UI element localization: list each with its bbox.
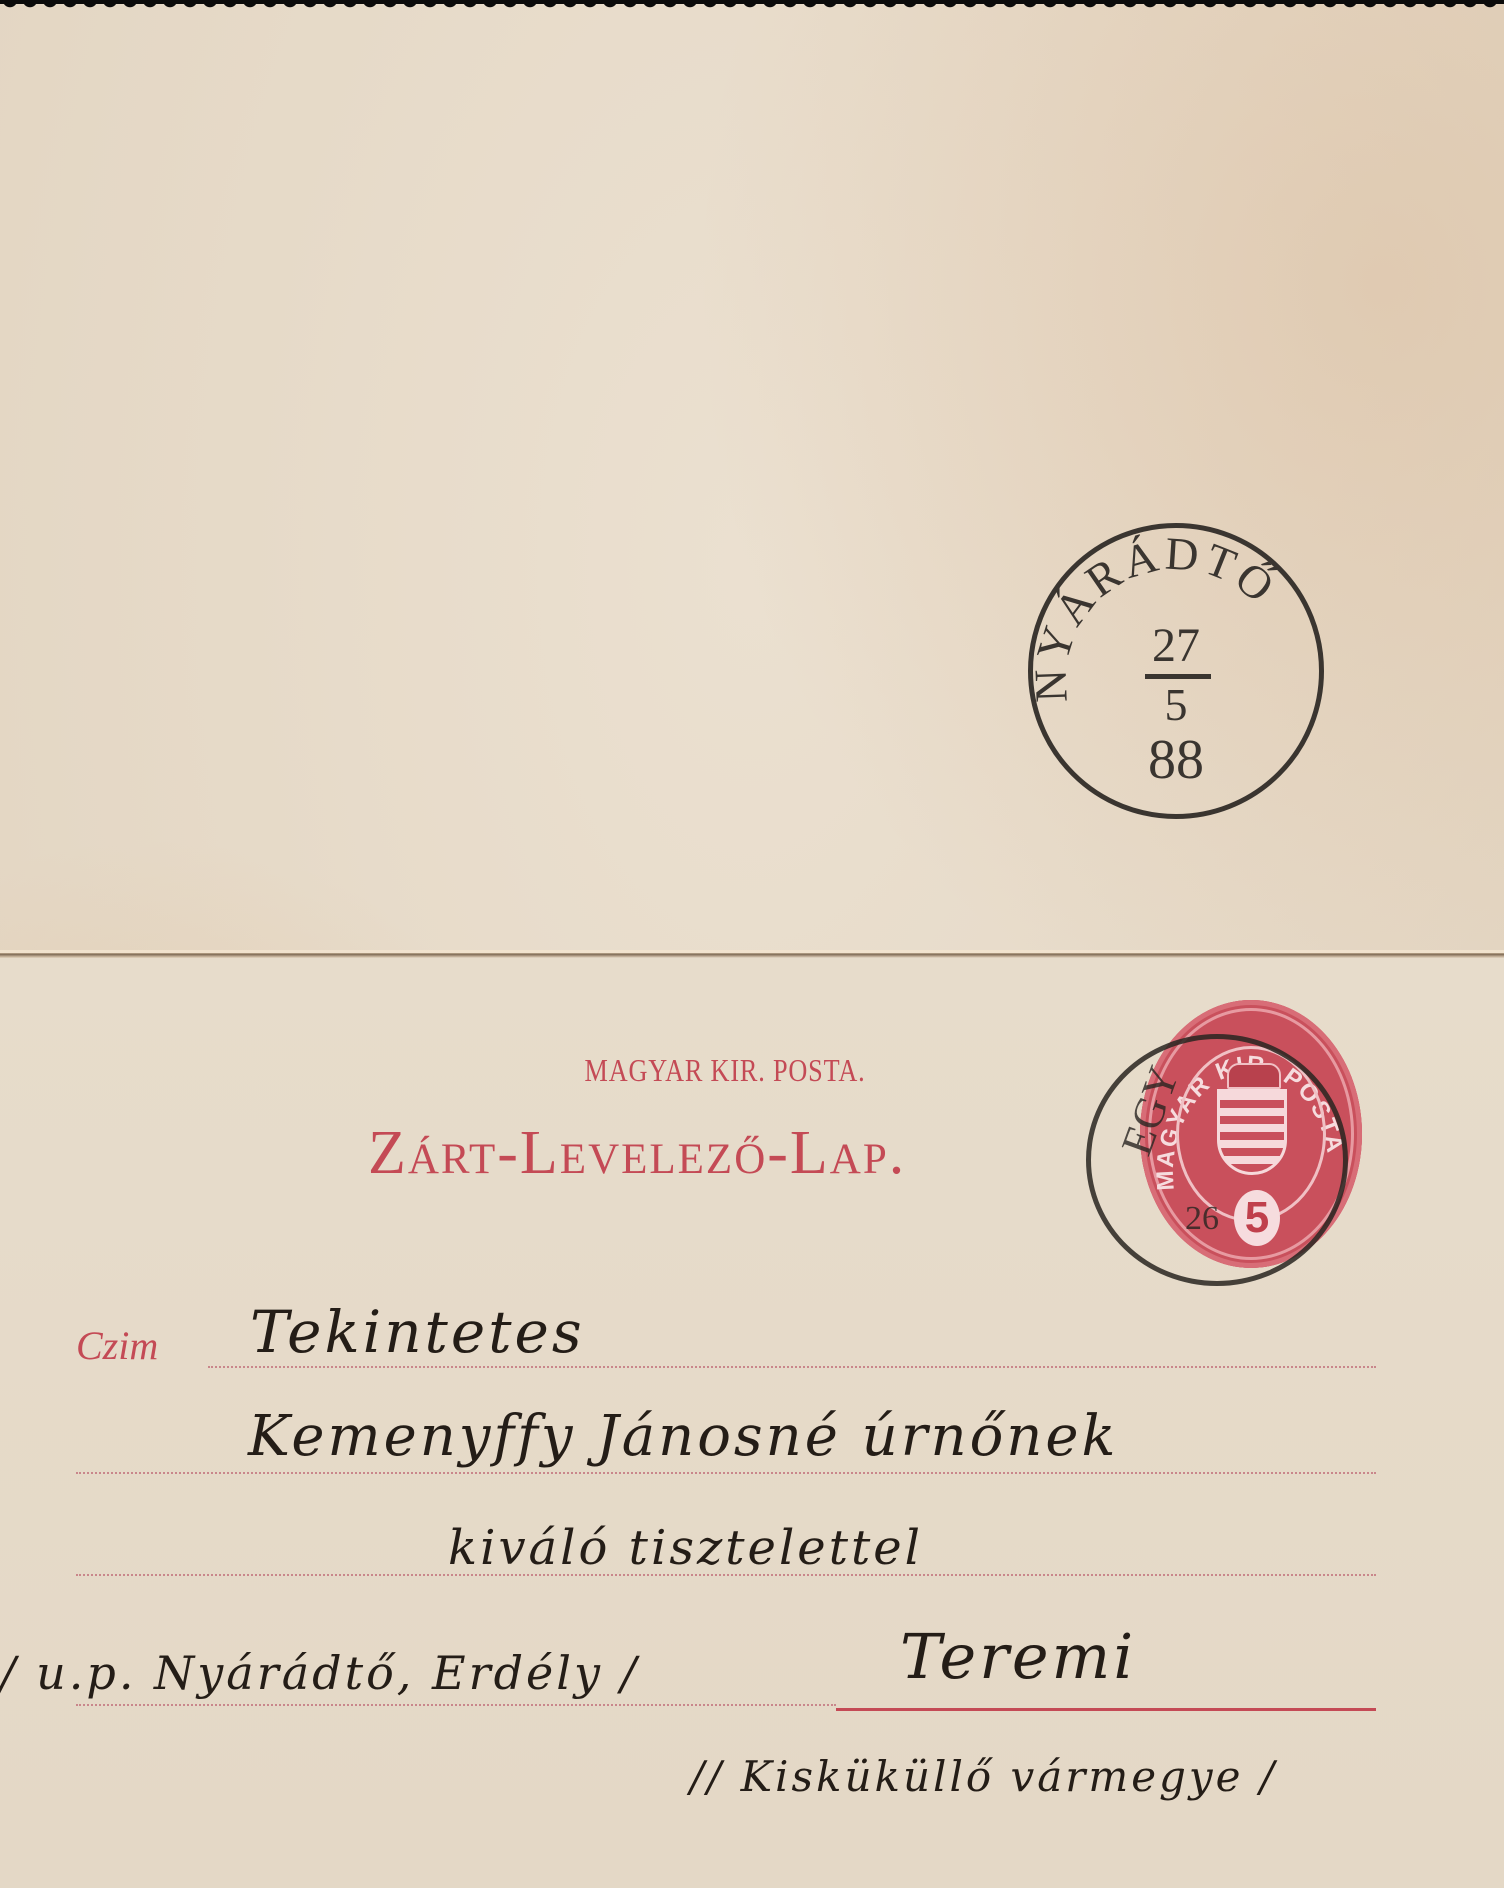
postmark-year: 88 <box>1033 728 1319 792</box>
handwritten-post-office: / u.p. Nyárádtő, Erdély / <box>0 1646 639 1700</box>
letter-card: NYÁRÁDTŐ 27 5 88 MAGYAR KIR. POSTA. Zárt… <box>0 0 1504 1888</box>
postmark-on-stamp-date: 26 <box>1185 1200 1219 1238</box>
postmark-nyaradto: NYÁRÁDTŐ 27 5 88 <box>1028 523 1324 819</box>
handwritten-county: // Kisküküllő vármegye / <box>690 1752 1277 1801</box>
handwritten-recipient: Kemenyffy Jánosné úrnőnek <box>248 1404 1118 1469</box>
postmark-month: 5 <box>1033 678 1319 731</box>
address-label: Czim <box>76 1322 158 1369</box>
fold-line <box>0 950 1504 958</box>
perforated-edge <box>0 0 1504 14</box>
address-line-2 <box>76 1472 1376 1474</box>
destination-underline <box>836 1708 1376 1711</box>
card-type-heading: Zárt-Levelező-Lap. <box>368 1118 1068 1189</box>
postmark-day: 27 <box>1033 618 1319 673</box>
postmark-on-stamp <box>1086 1034 1348 1286</box>
handwritten-greeting: kiváló tisztelettel <box>448 1520 923 1576</box>
handwritten-destination: Teremi <box>900 1620 1136 1693</box>
address-line-1 <box>208 1366 1376 1368</box>
address-line-4-left <box>76 1704 836 1706</box>
postal-authority-heading: MAGYAR KIR. POSTA. <box>557 1052 893 1089</box>
handwritten-salutation: Tekintetes <box>250 1298 585 1366</box>
